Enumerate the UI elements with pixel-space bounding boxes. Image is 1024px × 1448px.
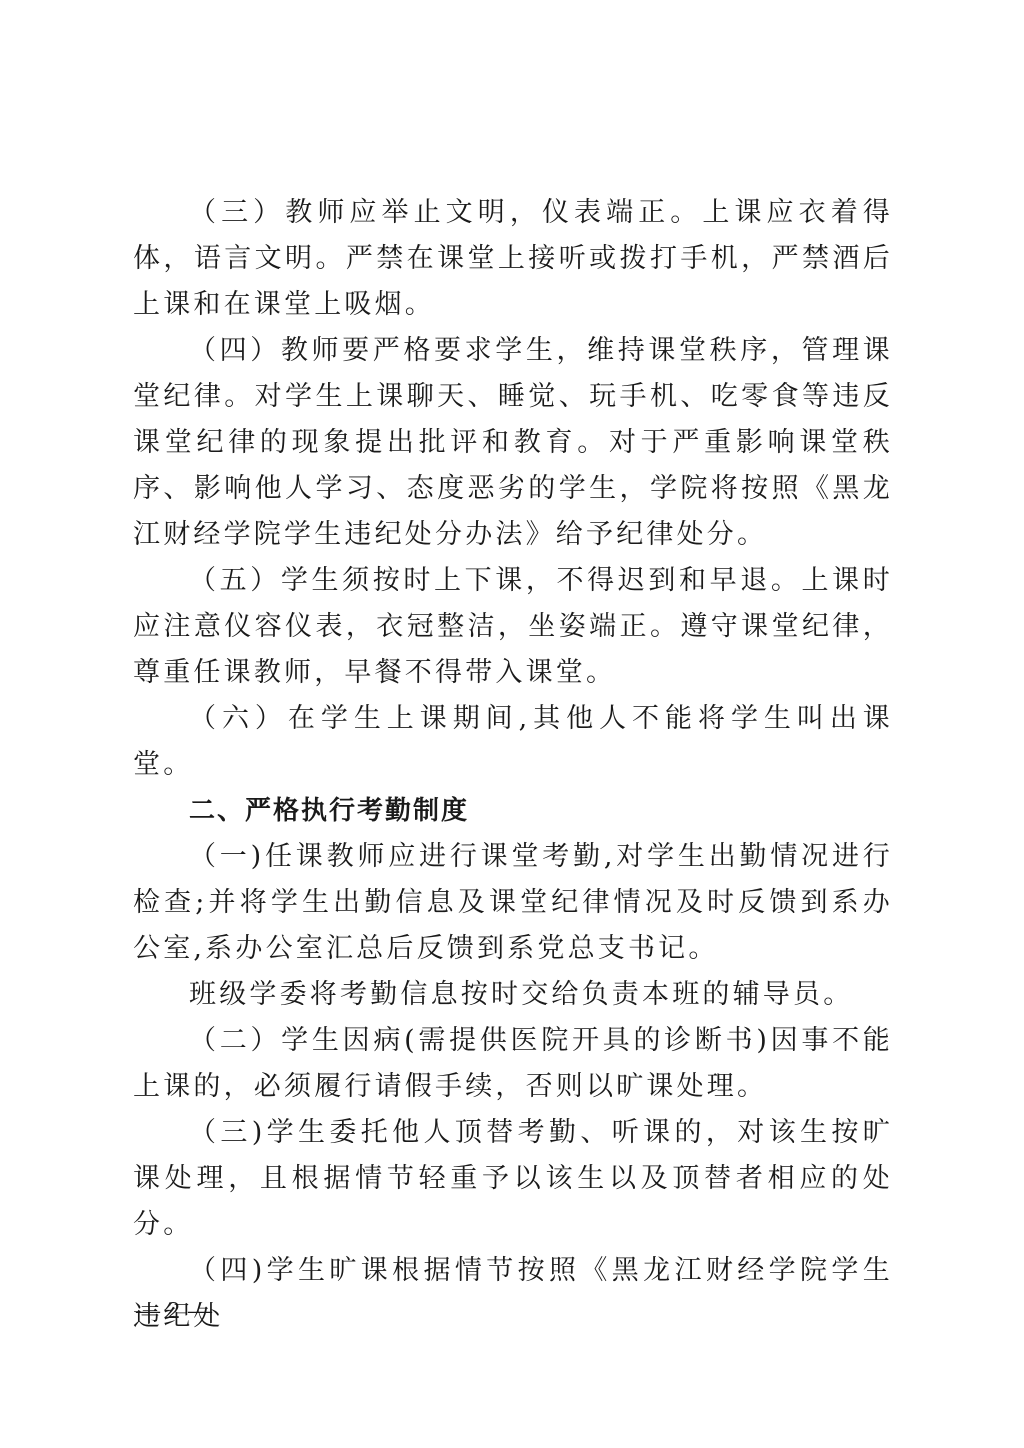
paragraph-attendance-check: （一)任课教师应进行课堂考勤,对学生出勤情况进行检查;并将学生出勤信息及课堂纪律… [133,834,893,972]
paragraph-leave-procedure: （二）学生因病(需提供医院开具的诊断书)因事不能上课的，必须履行请假手续，否则以… [133,1018,893,1110]
paragraph-class-committee: 班级学委将考勤信息按时交给负责本班的辅导员。 [133,972,893,1018]
document-page: （三）教师应举止文明，仪表端正。上课应衣着得体，语言文明。严禁在课堂上接听或拨打… [133,190,893,1340]
paragraph-absence-penalty: （四)学生旷课根据情节按照《黑龙江财经学院学生违纪处 [133,1248,893,1340]
paragraph-student-punctuality: （五）学生须按时上下课，不得迟到和早退。上课时应注意仪容仪表，衣冠整洁，坐姿端正… [133,558,893,696]
page-number: — 2 — [136,1298,213,1325]
paragraph-proxy-attendance: （三)学生委托他人顶替考勤、听课的，对该生按旷课处理，且根据情节轻重予以该生以及… [133,1110,893,1248]
paragraph-teacher-conduct: （三）教师应举止文明，仪表端正。上课应衣着得体，语言文明。严禁在课堂上接听或拨打… [133,190,893,328]
section-heading-attendance: 二、严格执行考勤制度 [133,788,893,834]
paragraph-classroom-discipline: （四）教师要严格要求学生，维持课堂秩序，管理课堂纪律。对学生上课聊天、睡觉、玩手… [133,328,893,558]
paragraph-no-calling-out: （六）在学生上课期间,其他人不能将学生叫出课堂。 [133,696,893,788]
